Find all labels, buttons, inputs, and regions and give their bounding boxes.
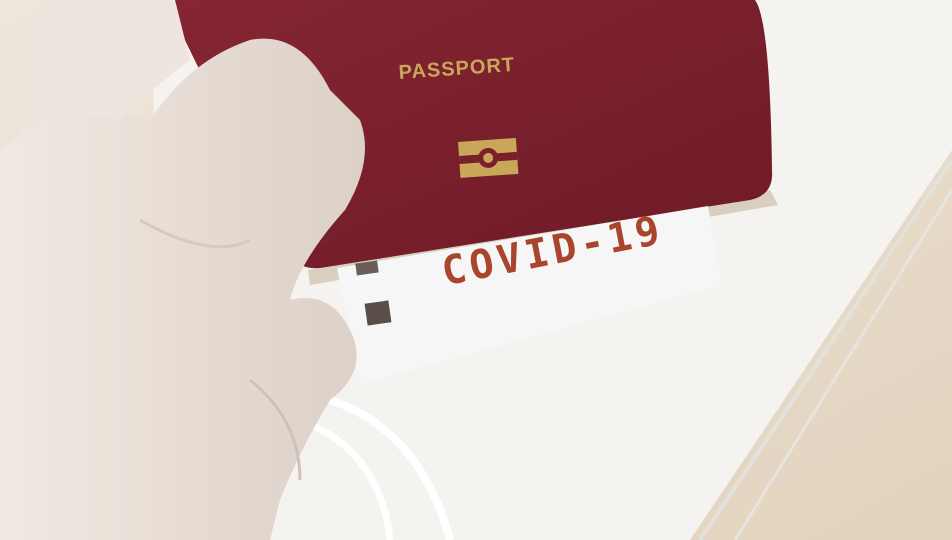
photo-scene: PASSPORT COVID-19 — [0, 0, 952, 540]
tag-punch-hole — [365, 300, 392, 325]
biometric-chip-icon — [458, 138, 518, 178]
